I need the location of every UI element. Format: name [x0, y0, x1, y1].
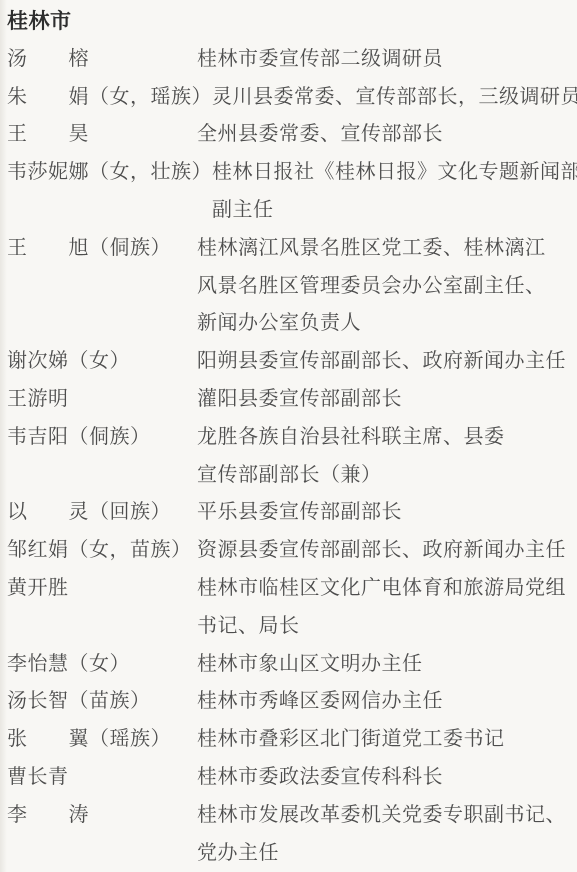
- official-name: 王游明: [7, 381, 197, 419]
- official-title-line: 全州县委常委、宣传部部长: [197, 116, 443, 154]
- official-title: 全州县委常委、宣传部部长: [197, 116, 443, 154]
- official-title: 平乐县委宣传部副部长: [197, 494, 402, 532]
- official-entry: 邹红娟（女，苗族） 资源县委宣传部副部长、政府新闻办主任: [7, 532, 569, 570]
- official-name: 以 灵（回族）: [7, 494, 197, 532]
- official-name: 韦莎妮娜（女，壮族）: [7, 154, 212, 192]
- official-title-line: 书记、局长: [197, 608, 566, 646]
- document-page: 桂林市 汤 榕 桂林市委宣传部二级调研员 朱 娟（女，瑶族） 灵川县委常委、宣传…: [0, 0, 577, 872]
- official-name: 朱 娟（女，瑶族）: [7, 79, 212, 117]
- official-entry: 朱 娟（女，瑶族） 灵川县委常委、宣传部部长，三级调研员: [7, 79, 569, 117]
- official-entry: 李怡慧（女） 桂林市象山区文明办主任: [7, 646, 569, 684]
- official-title-line: 灌阳县委宣传部副部长: [197, 381, 402, 419]
- official-title-line: 桂林市象山区文明办主任: [197, 646, 423, 684]
- city-section-header: 桂林市: [7, 3, 569, 41]
- official-name: 李 涛: [7, 797, 197, 835]
- official-title-line: 桂林市委政法委宣传科科长: [197, 759, 443, 797]
- official-name: 韦吉阳（侗族）: [7, 419, 197, 457]
- official-entry: 曹长青 桂林市委政法委宣传科科长: [7, 759, 569, 797]
- official-title: 桂林漓江风景名胜区党工委、桂林漓江风景名胜区管理委员会办公室副主任、新闻办公室负…: [197, 230, 546, 343]
- official-name: 邹红娟（女，苗族）: [7, 532, 197, 570]
- official-title-line: 风景名胜区管理委员会办公室副主任、: [197, 268, 546, 306]
- official-entry: 汤 榕 桂林市委宣传部二级调研员: [7, 41, 569, 79]
- official-title: 桂林市临桂区文化广电体育和旅游局党组书记、局长: [197, 570, 566, 646]
- official-name: 谢次娣（女）: [7, 343, 197, 381]
- official-title: 灵川县委常委、宣传部部长，三级调研员: [212, 79, 577, 117]
- official-title: 桂林日报社《桂林日报》文化专题新闻部副主任: [212, 154, 577, 230]
- official-title: 桂林市叠彩区北门街道党工委书记: [197, 721, 505, 759]
- official-entry: 王游明 灌阳县委宣传部副部长: [7, 381, 569, 419]
- official-title-line: 桂林漓江风景名胜区党工委、桂林漓江: [197, 230, 546, 268]
- official-title-line: 桂林市秀峰区委网信办主任: [197, 683, 443, 721]
- official-entry: 谢次娣（女） 阳朔县委宣传部副部长、政府新闻办主任: [7, 343, 569, 381]
- official-title-line: 桂林市临桂区文化广电体育和旅游局党组: [197, 570, 566, 608]
- official-title-line: 桂林市叠彩区北门街道党工委书记: [197, 721, 505, 759]
- official-entry: 韦莎妮娜（女，壮族） 桂林日报社《桂林日报》文化专题新闻部副主任: [7, 154, 569, 230]
- official-entry: 汤长智（苗族） 桂林市秀峰区委网信办主任: [7, 683, 569, 721]
- official-name: 汤 榕: [7, 41, 197, 79]
- official-name: 王 昊: [7, 116, 197, 154]
- official-title-line: 灵川县委常委、宣传部部长，三级调研员: [212, 79, 577, 117]
- official-entry: 黄开胜 桂林市临桂区文化广电体育和旅游局党组书记、局长: [7, 570, 569, 646]
- official-entry: 韦吉阳（侗族） 龙胜各族自治县社科联主席、县委宣传部副部长（兼）: [7, 419, 569, 495]
- official-title-line: 龙胜各族自治县社科联主席、县委: [197, 419, 505, 457]
- official-title-line: 桂林市委宣传部二级调研员: [197, 41, 443, 79]
- official-name: 曹长青: [7, 759, 197, 797]
- official-title-line: 党办主任: [197, 835, 566, 872]
- official-entry: 张 翼（瑶族） 桂林市叠彩区北门街道党工委书记: [7, 721, 569, 759]
- official-title: 灌阳县委宣传部副部长: [197, 381, 402, 419]
- official-title: 桂林市委宣传部二级调研员: [197, 41, 443, 79]
- official-title-line: 阳朔县委宣传部副部长、政府新闻办主任: [197, 343, 566, 381]
- official-title-line: 桂林市发展改革委机关党委专职副书记、: [197, 797, 566, 835]
- official-title: 阳朔县委宣传部副部长、政府新闻办主任: [197, 343, 566, 381]
- official-title: 桂林市秀峰区委网信办主任: [197, 683, 443, 721]
- official-title: 桂林市发展改革委机关党委专职副书记、党办主任: [197, 797, 566, 872]
- official-title-line: 资源县委宣传部副部长、政府新闻办主任: [197, 532, 566, 570]
- official-title-line: 平乐县委宣传部副部长: [197, 494, 402, 532]
- official-name: 李怡慧（女）: [7, 646, 197, 684]
- official-title: 龙胜各族自治县社科联主席、县委宣传部副部长（兼）: [197, 419, 505, 495]
- official-name: 王 旭（侗族）: [7, 230, 197, 268]
- official-name: 汤长智（苗族）: [7, 683, 197, 721]
- official-entry: 李 涛 桂林市发展改革委机关党委专职副书记、党办主任: [7, 797, 569, 872]
- official-entry: 以 灵（回族） 平乐县委宣传部副部长: [7, 494, 569, 532]
- official-title-line: 桂林日报社《桂林日报》文化专题新闻部: [212, 154, 577, 192]
- official-name: 黄开胜: [7, 570, 197, 608]
- official-title-line: 新闻办公室负责人: [197, 305, 546, 343]
- official-title: 资源县委宣传部副部长、政府新闻办主任: [197, 532, 566, 570]
- official-entry: 王 昊 全州县委常委、宣传部部长: [7, 116, 569, 154]
- officials-list: 汤 榕 桂林市委宣传部二级调研员 朱 娟（女，瑶族） 灵川县委常委、宣传部部长，…: [7, 41, 569, 872]
- official-title: 桂林市象山区文明办主任: [197, 646, 423, 684]
- official-title: 桂林市委政法委宣传科科长: [197, 759, 443, 797]
- official-name: 张 翼（瑶族）: [7, 721, 197, 759]
- official-entry: 王 旭（侗族） 桂林漓江风景名胜区党工委、桂林漓江风景名胜区管理委员会办公室副主…: [7, 230, 569, 343]
- official-title-line: 副主任: [212, 192, 577, 230]
- official-title-line: 宣传部副部长（兼）: [197, 457, 505, 495]
